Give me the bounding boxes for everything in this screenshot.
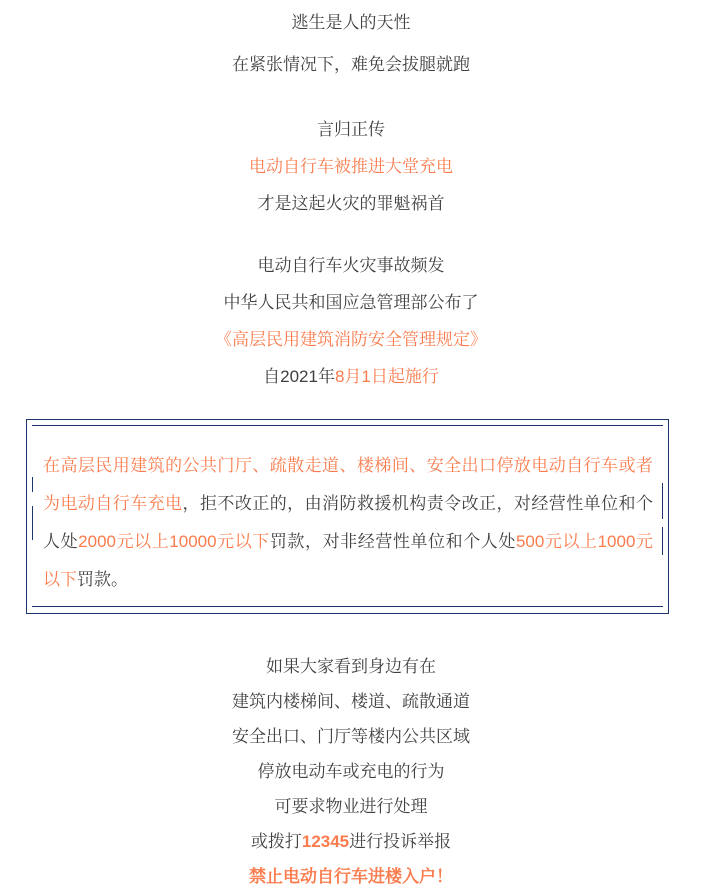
box-right-accent-line: [662, 483, 663, 576]
effective-date-prefix: 自2021年: [263, 367, 335, 386]
advice-section: 如果大家看到身边有在 建筑内楼梯间、楼道、疏散通道 安全出口、门厅等楼内公共区域…: [0, 649, 702, 890]
cause-section: 言归正传 电动自行车被推进大堂充电 才是这起火灾的罪魁祸首: [0, 111, 702, 222]
law-fine-business-segment: 2000元以上10000元以下: [78, 532, 270, 551]
effective-date-line: 自2021年8月1日起施行: [0, 358, 702, 395]
regulation-line-2: 中华人民共和国应急管理部公布了: [0, 284, 702, 321]
hotline-line: 或拨打12345进行投诉举报: [0, 824, 702, 859]
effective-date-highlight: 8月1日起施行: [335, 367, 439, 386]
law-text: 在高层民用建筑的公共门厅、疏散走道、楼梯间、安全出口停放电动自行车或者为电动自行…: [43, 447, 653, 599]
regulation-section: 电动自行车火灾事故频发 中华人民共和国应急管理部公布了 《高层民用建筑消防安全管…: [0, 247, 702, 395]
cause-line-highlight: 电动自行车被推进大堂充电: [0, 148, 702, 185]
law-end-segment: 罚款。: [77, 570, 128, 589]
cause-line-3: 才是这起火灾的罪魁祸首: [0, 185, 702, 222]
cause-line-1: 言归正传: [0, 111, 702, 148]
intro-line-2: 在紧张情况下，难免会拔腿就跑: [0, 44, 702, 86]
advice-line-1: 如果大家看到身边有在: [0, 649, 702, 684]
advice-line-5: 可要求物业进行处理: [0, 789, 702, 824]
regulation-title: 《高层民用建筑消防安全管理规定》: [0, 321, 702, 358]
hotline-suffix: 进行投诉举报: [349, 832, 451, 851]
hotline-number: 12345: [302, 832, 349, 851]
ban-slogan-line: 禁止电动自行车进楼入户！: [0, 859, 702, 890]
intro-line-1: 逃生是人的天性: [0, 2, 702, 44]
box-left-accent-line: [32, 477, 33, 573]
advice-line-3: 安全出口、门厅等楼内公共区域: [0, 719, 702, 754]
intro-section: 逃生是人的天性 在紧张情况下，难免会拔腿就跑: [0, 2, 702, 86]
advice-line-2: 建筑内楼梯间、楼道、疏散通道: [0, 684, 702, 719]
law-quote-box: 在高层民用建筑的公共门厅、疏散走道、楼梯间、安全出口停放电动自行车或者为电动自行…: [26, 419, 669, 614]
hotline-prefix: 或拨打: [251, 832, 302, 851]
regulation-line-1: 电动自行车火灾事故频发: [0, 247, 702, 284]
advice-line-4: 停放电动车或充电的行为: [0, 754, 702, 789]
law-fine-mid-segment: 罚款，对非经营性单位和个人处: [270, 532, 516, 551]
article-body: 逃生是人的天性 在紧张情况下，难免会拔腿就跑 言归正传 电动自行车被推进大堂充电…: [0, 0, 702, 890]
